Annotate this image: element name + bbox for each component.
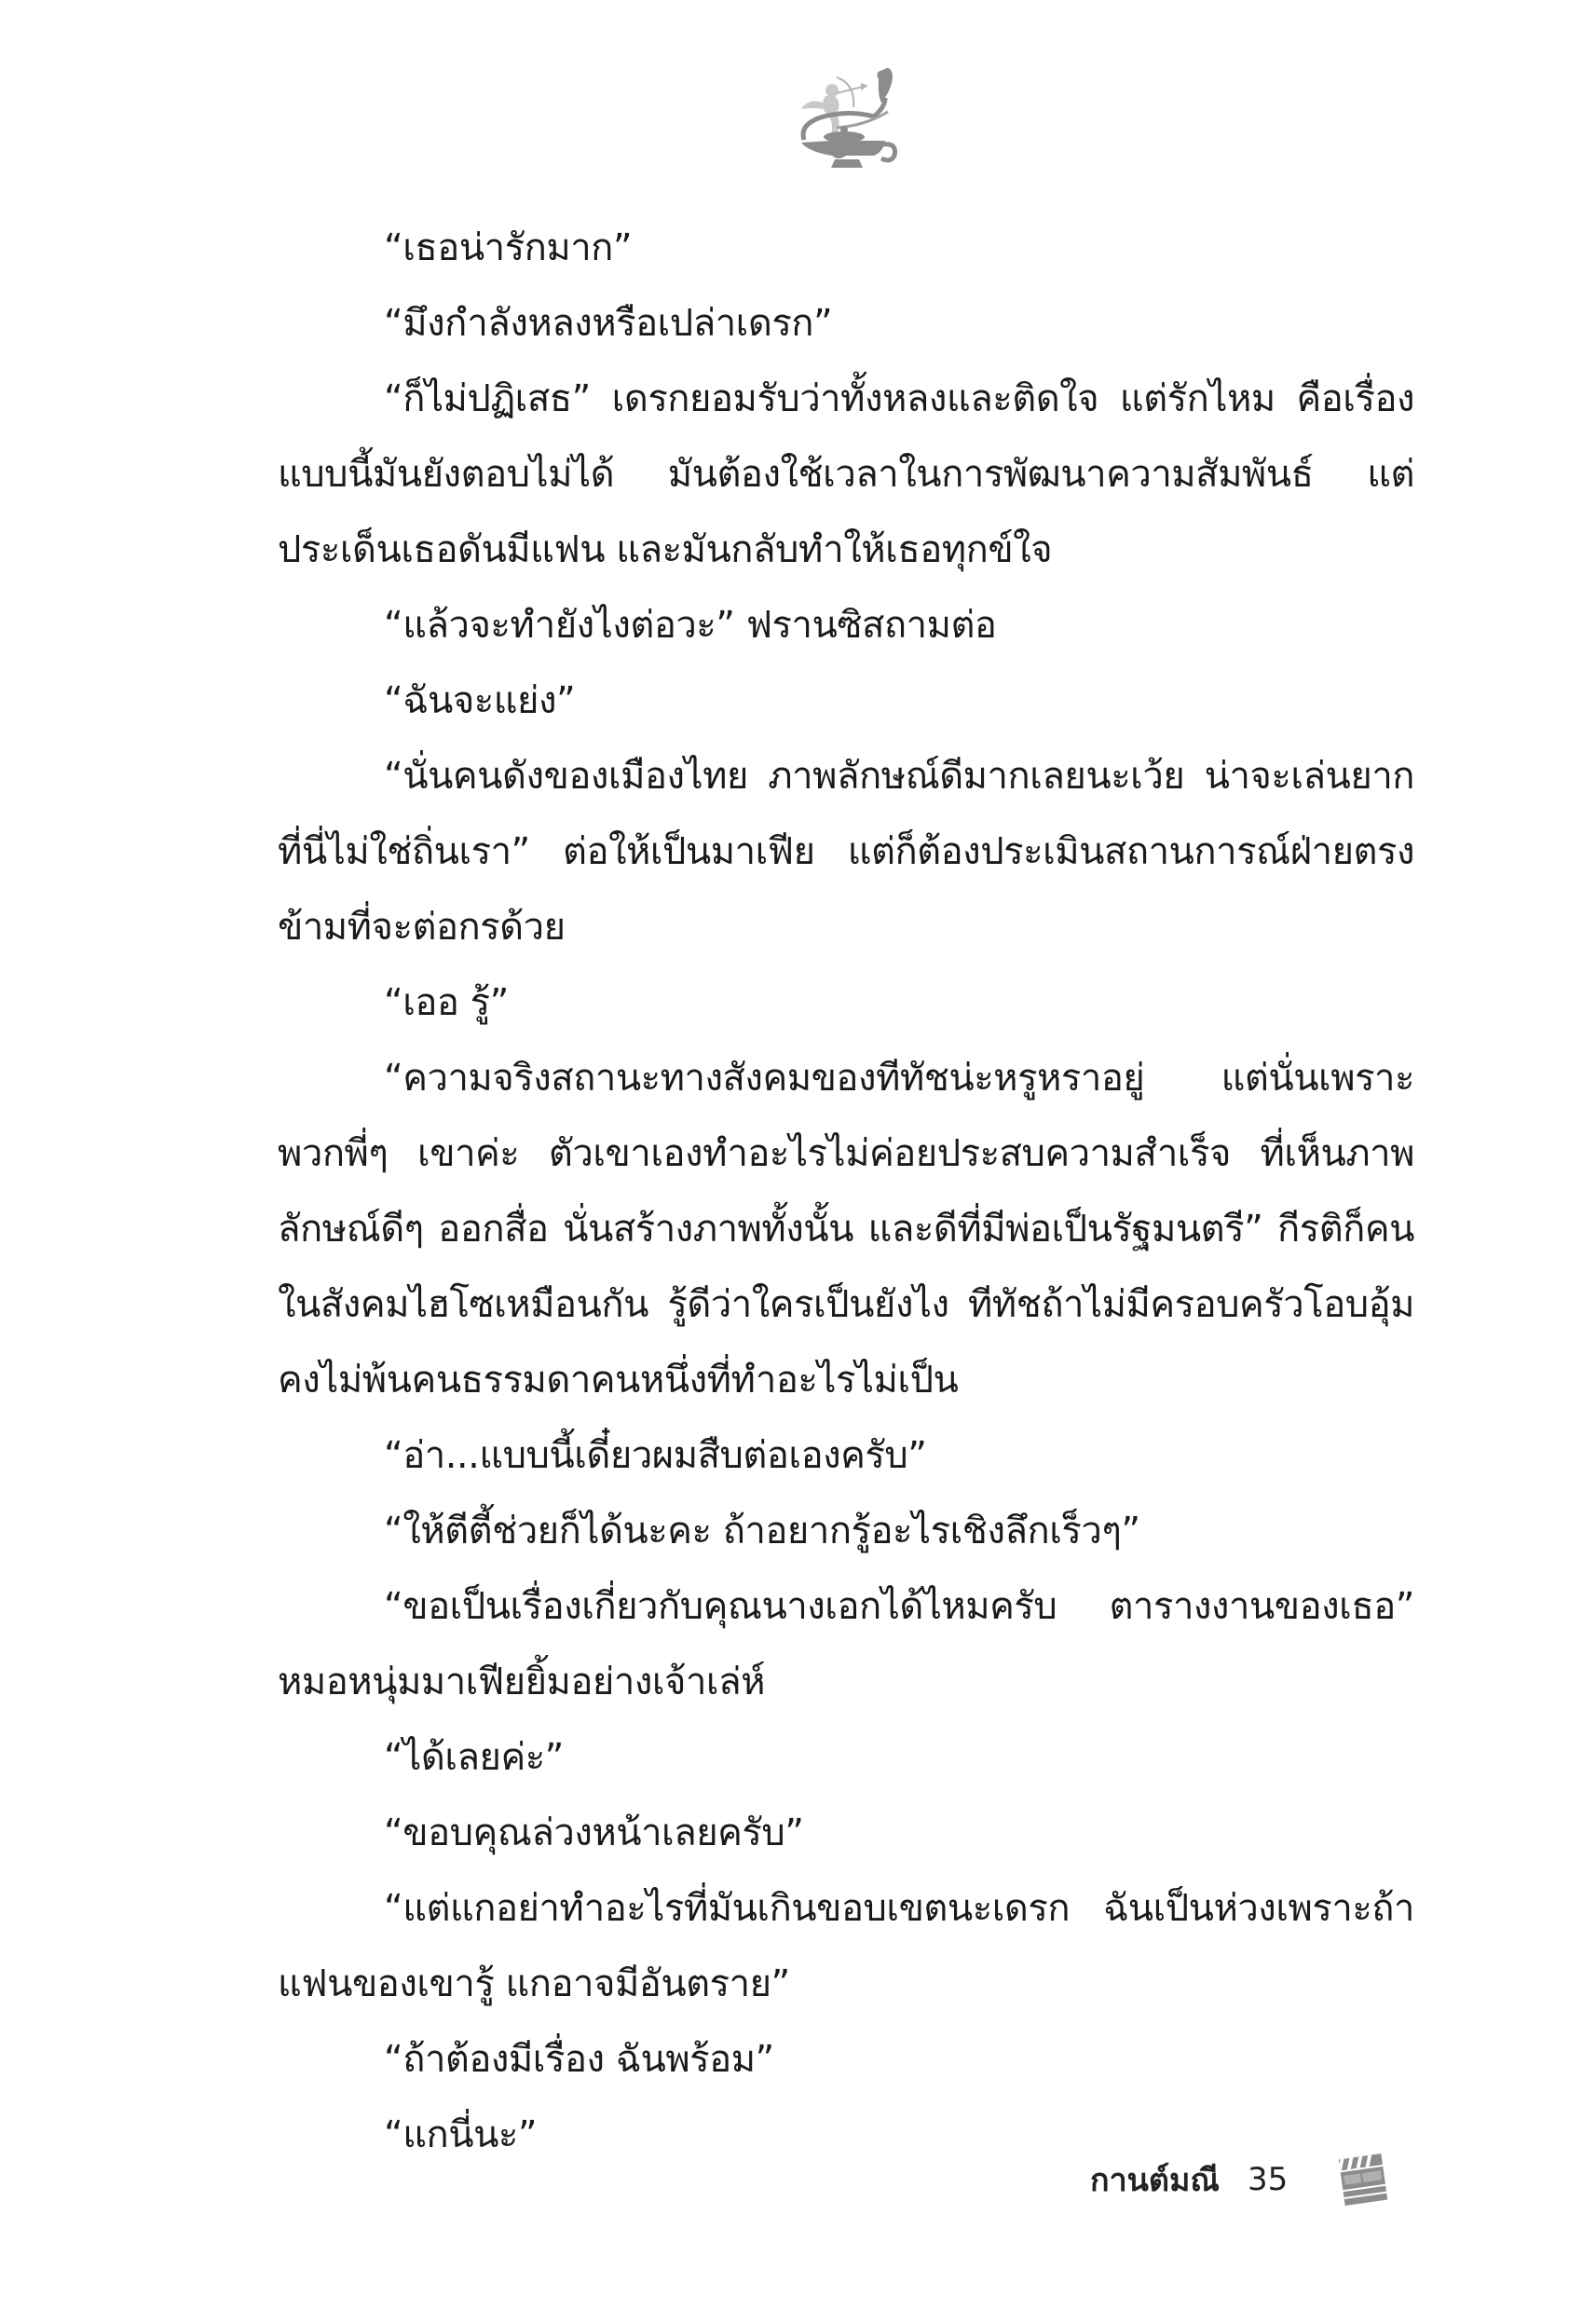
film-clapperboard-icon (1334, 2151, 1392, 2208)
paragraph: “แล้วจะทำยังไงต่อวะ” ฟรานซิสถามต่อ (278, 588, 1414, 663)
paragraph: “มึงกำลังหลงหรือเปล่าเดรก” (278, 286, 1414, 362)
paragraph: “อ่า...แบบนี้เดี๋ยวผมสืบต่อเองครับ” (278, 1418, 1414, 1494)
chapter-body: “เธอน่ารักมาก” “มึงกำลังหลงหรือเปล่าเดรก… (278, 211, 1414, 2173)
paragraph: “ก็ไม่ปฏิเสธ” เดรกยอมรับว่าทั้งหลงและติด… (278, 362, 1414, 588)
paragraph: “ขอเป็นเรื่องเกี่ยวกับคุณนางเอกได้ไหมครั… (278, 1569, 1414, 1720)
paragraph: “ได้เลยค่ะ” (278, 1720, 1414, 1796)
paragraph: “แต่แกอย่าทำอะไรที่มันเกินขอบเขตนะเดรก ฉ… (278, 1871, 1414, 2022)
paragraph: “ขอบคุณล่วงหน้าเลยครับ” (278, 1796, 1414, 1871)
paragraph: “นั่นคนดังของเมืองไทย ภาพลักษณ์ดีมากเลยน… (278, 739, 1414, 965)
page-number: 35 (1248, 2161, 1288, 2198)
cupid-teapot-lamp-icon (781, 51, 902, 172)
paragraph: “ถ้าต้องมีเรื่อง ฉันพร้อม” (278, 2022, 1414, 2098)
paragraph: “ให้ตีตี้ช่วยก็ได้นะคะ ถ้าอยากรู้อะไรเชิ… (278, 1494, 1414, 1569)
paragraph: “เออ รู้” (278, 965, 1414, 1041)
paragraph: “เธอน่ารักมาก” (278, 211, 1414, 286)
paragraph: “ความจริงสถานะทางสังคมของทีทัชน่ะหรูหราอ… (278, 1041, 1414, 1418)
page-footer: กานต์มณี 35 (1090, 2151, 1392, 2208)
paragraph: “ฉันจะแย่ง” (278, 663, 1414, 739)
book-title: กานต์มณี (1090, 2154, 1220, 2205)
